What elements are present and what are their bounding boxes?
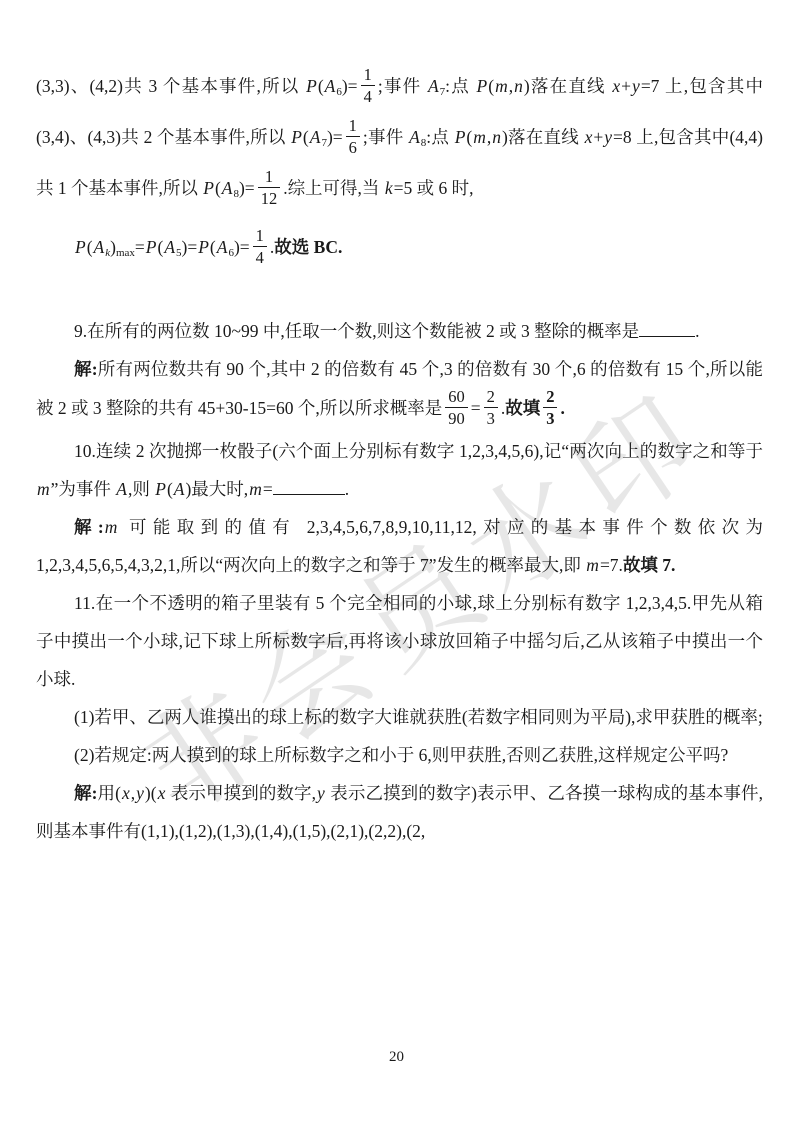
fraction-numerator: 1 <box>253 225 267 247</box>
text-run: =7. <box>600 555 623 575</box>
text-run: )= <box>234 237 250 257</box>
math-variable: n <box>513 76 524 96</box>
bold-text: 故填 <box>505 398 540 418</box>
fraction-denominator: 12 <box>258 188 281 209</box>
fraction: 14 <box>361 64 375 108</box>
text-run: ( <box>215 178 221 198</box>
text-run: (3,3)、(4,2)共 3 个基本事件,所以 <box>36 76 305 96</box>
text-run: )= <box>342 76 358 96</box>
text-run: ( <box>167 479 173 499</box>
fraction-denominator: 3 <box>484 408 498 429</box>
math-variable: x <box>157 783 167 803</box>
bold-text: . <box>560 398 564 418</box>
math-variable: m <box>472 127 487 147</box>
math-variable: y <box>631 76 641 96</box>
text-run: ”为事件 <box>51 479 116 499</box>
text-run: = <box>471 398 481 418</box>
math-variable: P <box>290 127 303 147</box>
subscript: max <box>116 247 135 259</box>
text-run: =5 或 6 时, <box>394 178 474 198</box>
math-variable: y <box>316 783 326 803</box>
math-variable: A <box>324 76 337 96</box>
text-run: :点 <box>426 127 453 147</box>
math-variable: x <box>121 783 131 803</box>
math-variable: A <box>173 479 186 499</box>
math-variable: m <box>36 479 51 499</box>
fraction: 112 <box>258 166 281 210</box>
bold-text: 解: <box>74 359 98 379</box>
bold-text: 故填 7. <box>623 555 676 575</box>
text-run: 10.连续 2 次抛掷一枚骰子(六个面上分别标有数字 1,2,3,4,5,6),… <box>74 441 763 461</box>
math-variable: P <box>74 237 87 257</box>
text-run: (2)若规定:两人摸到的球上所标数字之和小于 6,则甲获胜,否则乙获胜,这样规定… <box>74 745 728 765</box>
answer-8-conclusion: P(Ak)max=P(A5)=P(A6)=14.故选 BC. <box>36 225 763 276</box>
problem-11-part2: (2)若规定:两人摸到的球上所标数字之和小于 6,则甲获胜,否则乙获胜,这样规定… <box>36 736 763 774</box>
text-run: 表示甲摸到的数字, <box>166 783 316 803</box>
solution-11: 解:用(x,y)(x 表示甲摸到的数字,y 表示乙摸到的数字)表示甲、乙各摸一球… <box>36 774 763 850</box>
math-variable: A <box>216 237 229 257</box>
text-run: ( <box>87 237 93 257</box>
math-variable: x <box>611 76 621 96</box>
problem-11: 11.在一个不透明的箱子里装有 5 个完全相同的小球,球上分别标有数字 1,2,… <box>36 584 763 698</box>
fraction: 6090 <box>445 386 468 430</box>
text-run: )( <box>145 783 157 803</box>
text-run: 所有两位数共有 90 个,其中 2 的倍数有 45 个,3 的倍数有 30 个,… <box>36 359 763 418</box>
document-page: 非会员水印 (3,3)、(4,2)共 3 个基本事件,所以 P(A6)=14;事… <box>0 0 793 1122</box>
text-run: = <box>263 479 273 499</box>
math-variable: A <box>221 178 234 198</box>
fraction-numerator: 2 <box>543 386 557 408</box>
solution-9: 解:所有两位数共有 90 个,其中 2 的倍数有 45 个,3 的倍数有 30 … <box>36 350 763 432</box>
text-run: . <box>345 479 349 499</box>
bold-text: 解: <box>74 517 104 537</box>
text-run: ;事件 <box>363 127 408 147</box>
text-run: )= <box>327 127 343 147</box>
bold-text: 解: <box>74 783 97 803</box>
math-variable: P <box>154 479 167 499</box>
text-run: ,则 <box>128 479 154 499</box>
math-variable: k <box>384 178 394 198</box>
math-variable: m <box>104 517 119 537</box>
text-run: ;事件 <box>378 76 427 96</box>
text-run: = <box>135 237 145 257</box>
text-run: )= <box>239 178 255 198</box>
math-variable: P <box>476 76 489 96</box>
math-variable: x <box>584 127 594 147</box>
text-run: ( <box>210 237 216 257</box>
bold-text: 故选 BC. <box>274 237 342 257</box>
math-variable: m <box>248 479 263 499</box>
text-run: )最大时, <box>185 479 248 499</box>
fraction: 16 <box>346 115 360 159</box>
fraction: 14 <box>253 225 267 269</box>
answer-blank <box>639 321 695 337</box>
solution-10: 解:m 可能取到的值有 2,3,4,5,6,7,8,9,10,11,12,对应的… <box>36 508 763 584</box>
text-run: ( <box>318 76 324 96</box>
fraction-numerator: 1 <box>346 115 360 137</box>
text-run: . <box>695 321 699 341</box>
fraction-numerator: 60 <box>445 386 468 408</box>
problem-10: 10.连续 2 次抛掷一枚骰子(六个面上分别标有数字 1,2,3,4,5,6),… <box>36 432 763 508</box>
answer-8-continued: (3,3)、(4,2)共 3 个基本事件,所以 P(A6)=14;事件 A7:点… <box>36 64 763 217</box>
problem-9: 9.在所有的两位数 10~99 中,任取一个数,则这个数能被 2 或 3 整除的… <box>36 312 763 350</box>
math-variable: A <box>408 127 421 147</box>
document-body: (3,3)、(4,2)共 3 个基本事件,所以 P(A6)=14;事件 A7:点… <box>36 64 763 850</box>
math-variable: A <box>93 237 106 257</box>
math-variable: A <box>309 127 322 147</box>
fraction-numerator: 2 <box>484 386 498 408</box>
math-variable: A <box>115 479 128 499</box>
fraction-denominator: 90 <box>445 408 468 429</box>
fraction-numerator: 1 <box>361 64 375 86</box>
text-run: )= <box>182 237 198 257</box>
fraction-denominator: 3 <box>543 408 557 429</box>
text-run: 9.在所有的两位数 10~99 中,任取一个数,则这个数能被 2 或 3 整除的… <box>74 321 639 341</box>
answer-blank <box>273 479 345 495</box>
text-run: )落在直线 <box>502 127 584 147</box>
math-variable: P <box>145 237 158 257</box>
text-run: + <box>621 76 631 96</box>
math-variable: y <box>135 783 145 803</box>
math-variable: m <box>585 555 600 575</box>
problem-11-part1: (1)若甲、乙两人谁摸出的球上标的数字大谁就获胜(若数字相同则为平局),求甲获胜… <box>36 698 763 736</box>
math-variable: P <box>305 76 318 96</box>
text-run: .综上可得,当 <box>283 178 384 198</box>
fraction-denominator: 4 <box>253 247 267 268</box>
page-number: 20 <box>0 1049 793 1066</box>
fraction-denominator: 4 <box>361 86 375 107</box>
math-variable: P <box>197 237 210 257</box>
text-run: ( <box>303 127 309 147</box>
text-run: + <box>593 127 603 147</box>
fraction-denominator: 6 <box>346 137 360 158</box>
math-variable: y <box>603 127 613 147</box>
text-run: 用( <box>97 783 121 803</box>
text-run: 11.在一个不透明的箱子里装有 5 个完全相同的小球,球上分别标有数字 1,2,… <box>36 593 763 689</box>
text-run: (1)若甲、乙两人谁摸出的球上标的数字大谁就获胜(若数字相同则为平局),求甲获胜… <box>74 707 763 727</box>
math-variable: n <box>491 127 502 147</box>
fraction-numerator: 1 <box>258 166 281 188</box>
fraction: 23 <box>484 386 498 430</box>
fraction: 23 <box>543 386 557 430</box>
math-variable: A <box>163 237 176 257</box>
math-variable: m <box>494 76 509 96</box>
math-variable: A <box>427 76 440 96</box>
text-run: )落在直线 <box>524 76 612 96</box>
math-variable: P <box>454 127 467 147</box>
math-variable: P <box>202 178 215 198</box>
text-run: :点 <box>445 76 475 96</box>
